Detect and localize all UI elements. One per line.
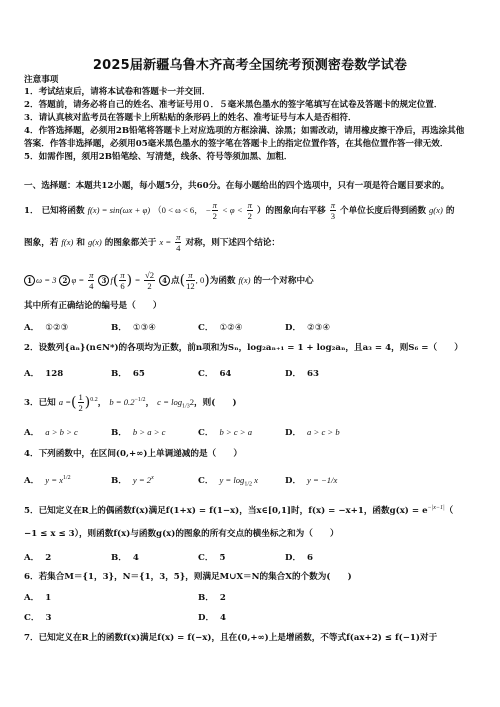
q2-option-b[interactable]: B．65 — [111, 367, 145, 379]
q3-option-b[interactable]: B．b > a > c — [111, 426, 165, 438]
question-1-line-2: 图象，若 f(x) 和 g(x) 的图象都关于 x = π4 对称，则下述四个结… — [24, 232, 280, 253]
question-2: 2．设数列{aₙ}(n∈N*)的各项均为正数，前n项和为Sₙ，log₂aₙ₊₁ … — [24, 342, 463, 354]
question-5-line-2: −1 ≤ x ≤ 3），则函数f(x)与函数g(x)的图象的所有交点的横坐标之和… — [24, 528, 339, 540]
question-5-line-1: 5．已知定义在R上的偶函数f(x)满足f(1+x) = f(1−x)，当x∈[0… — [24, 502, 453, 517]
q5-option-a[interactable]: A．2 — [24, 551, 51, 563]
q6-option-c[interactable]: C．3 — [24, 611, 51, 623]
question-3: 3．已知 a =(12)0.2， b = 0.2−1/2， c = log1/3… — [24, 392, 237, 413]
q4-option-a[interactable]: A．y = x1/2 — [24, 474, 71, 486]
q1-option-a[interactable]: A．①②③ — [24, 321, 68, 333]
fraction: π2 — [247, 200, 253, 221]
question-1-prompt: 其中所有正确结论的编号是（ ） — [24, 300, 162, 312]
fraction: π3 — [330, 200, 336, 221]
circled-3: 3 — [98, 275, 109, 286]
notice-item-4-cont: 答案．作答非选择题，必须用05毫米黑色墨水的签字笔在答题卡上的指定位置作答，在其… — [24, 138, 448, 150]
q4-option-b[interactable]: B．y = 2x — [111, 474, 154, 486]
q5-option-b[interactable]: B．4 — [111, 551, 139, 563]
q6-option-d[interactable]: D．4 — [198, 611, 226, 623]
notice-item-3: 3．请认真核对监考员在答题卡上所粘贴的条形码上的姓名、准考证号与本人是否相符． — [24, 112, 357, 124]
question-6: 6．若集合M＝{1，3}，N＝{1，3，5}，则满足M∪X＝N的集合X的个数为(… — [24, 571, 352, 583]
q2-option-c[interactable]: C．64 — [198, 367, 231, 379]
q1-option-b[interactable]: B．①③④ — [111, 321, 156, 333]
question-1-line-1: 1． 已知将函数 f(x) = sin(ωx + φ) （0 < ω < 6， … — [24, 200, 454, 221]
q3-option-a[interactable]: A．a > b > c — [24, 426, 78, 438]
question-1-conclusions: 1ω = 3 2φ = π4 3f(π6) = √22 4点(π12, 0)为函… — [24, 270, 314, 291]
fraction: π4 — [175, 232, 181, 253]
q2-option-d[interactable]: D．63 — [285, 367, 319, 379]
q3-option-c[interactable]: C．b > c > a — [198, 426, 252, 438]
page-title: 2025届新疆乌鲁木齐高考全国统考预测密卷数学试卷 — [0, 54, 500, 73]
q5-option-d[interactable]: D．6 — [285, 551, 313, 563]
notice-item-1: 1．考试结束后，请将本试卷和答题卡一并交回． — [24, 86, 210, 98]
notice-item-5: 5．如需作图，须用2B铅笔绘、写清楚，线条、符号等须加黑、加粗． — [24, 151, 292, 163]
circled-4: 4 — [159, 275, 170, 286]
circled-1: 1 — [24, 275, 35, 286]
notice-item-4: 4．作答选择题，必须用2B铅笔将答题卡上对应选项的方框涂满、涂黑；如需改动，请用… — [24, 125, 464, 137]
q6-option-b[interactable]: B．2 — [198, 591, 226, 603]
section-header: 一、选择题：本题共12小题，每小题5分，共60分。在每小题给出的四个选项中，只有… — [24, 180, 449, 192]
fraction: π2 — [212, 200, 218, 221]
notice-item-2: 2．答题前，请务必将自己的姓名、准考证号用０．５毫米黑色墨水的签字笔填写在试卷及… — [24, 99, 442, 111]
q4-option-d[interactable]: D．y = −1/x — [285, 474, 337, 486]
q4-option-c[interactable]: C．y = log1/2 x — [198, 474, 258, 488]
circled-2: 2 — [59, 275, 70, 286]
question-number: 1． — [24, 206, 39, 216]
question-4: 4．下列函数中，在区间(0,+∞)上单调递减的是（ ） — [24, 448, 242, 460]
question-7: 7．已知定义在R上的函数f(x)满足f(x) = f(−x)，且在(0,+∞)上… — [24, 632, 437, 644]
exam-page: 2025届新疆乌鲁木齐高考全国统考预测密卷数学试卷 注意事项 1．考试结束后，请… — [0, 0, 500, 707]
q1-option-d[interactable]: D．②③④ — [285, 321, 330, 333]
q6-option-a[interactable]: A．1 — [24, 591, 51, 603]
notice-heading: 注意事项 — [24, 74, 58, 86]
q2-option-a[interactable]: A．128 — [24, 367, 63, 379]
q5-option-c[interactable]: C．5 — [198, 551, 225, 563]
q1-option-c[interactable]: C．①②④ — [198, 321, 243, 333]
q3-option-d[interactable]: D．a > c > b — [285, 426, 340, 438]
